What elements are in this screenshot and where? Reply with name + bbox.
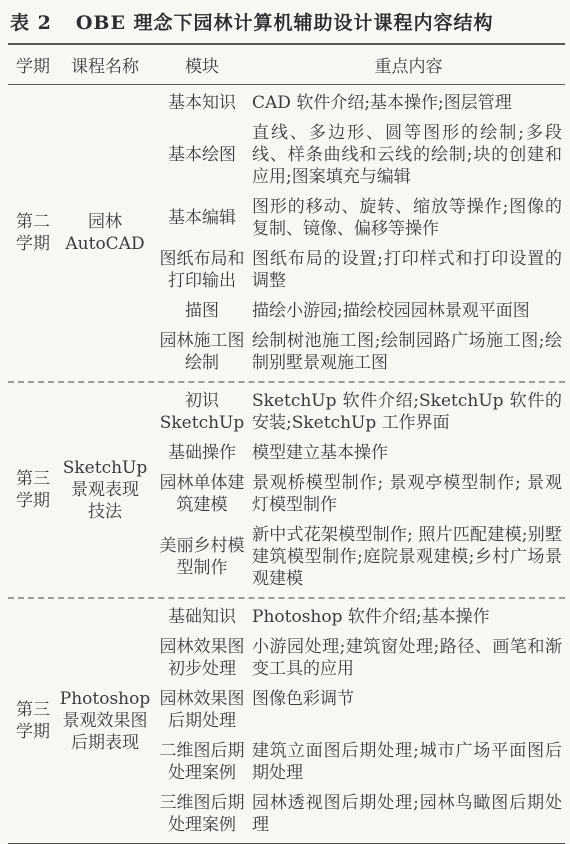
header-key-content: 重点内容 [252, 52, 565, 77]
table-row: 园林效果图初步处理 小游园处理;建筑窗处理;路径、画笔和渐变工具的应用 [152, 632, 565, 684]
content-cell: 图纸布局的设置;打印样式和打印设置的调整 [252, 248, 565, 292]
content-cell: 图形的移动、旋转、缩放等操作;图像的复制、镜像、偏移等操作 [252, 196, 565, 240]
module-cell: 基础操作 [152, 442, 252, 464]
content-cell: 园林透视图后期处理;园林鸟瞰图后期处理 [252, 792, 565, 836]
module-cell: 园林效果图后期处理 [152, 688, 252, 732]
content-cell: CAD 软件介绍;基本操作;图层管理 [252, 92, 565, 114]
content-cell: 直线、多边形、圆等图形的绘制;多段线、样条曲线和云线的绘制;块的创建和应用;图案… [252, 122, 565, 188]
course-name-cell: Photoshop 景观效果图后期表现 [58, 602, 152, 840]
module-cell: 三维图后期处理案例 [152, 792, 252, 836]
module-cell: 园林效果图初步处理 [152, 636, 252, 680]
section-photoshop: 第三学期 Photoshop 景观效果图后期表现 基础知识 Photoshop … [8, 597, 565, 843]
table-row: 图纸布局和打印输出 图纸布局的设置;打印样式和打印设置的调整 [152, 244, 565, 296]
header-module: 模块 [152, 52, 252, 77]
table-title: OBE 理念下园林计算机辅助设计课程内容结构 [76, 8, 494, 35]
module-cell: 美丽乡村模型制作 [152, 524, 252, 590]
module-cell: 初识 SketchUp [152, 390, 252, 434]
table-row: 三维图后期处理案例 园林透视图后期处理;园林鸟瞰图后期处理 [152, 788, 565, 840]
semester-cell: 第三学期 [8, 386, 58, 594]
table-row: 基础操作 模型建立基本操作 [152, 438, 565, 468]
table-row: 基本知识 CAD 软件介绍;基本操作;图层管理 [152, 88, 565, 118]
section-autocad: 第二学期 园林 AutoCAD 基本知识 CAD 软件介绍;基本操作;图层管理 … [8, 85, 565, 381]
module-cell: 基本绘图 [152, 122, 252, 188]
content-cell: 小游园处理;建筑窗处理;路径、画笔和渐变工具的应用 [252, 636, 565, 680]
module-cell: 基础知识 [152, 606, 252, 628]
header-course-name: 课程名称 [58, 52, 152, 77]
module-cell: 基本编辑 [152, 196, 252, 240]
section-rows: 基础知识 Photoshop 软件介绍;基本操作 园林效果图初步处理 小游园处理… [152, 602, 565, 840]
course-structure-table: 学期 课程名称 模块 重点内容 第二学期 园林 AutoCAD 基本知识 CAD… [8, 43, 565, 844]
table-row: 二维图后期处理案例 建筑立面图后期处理;城市广场平面图后期处理 [152, 736, 565, 788]
content-cell: 模型建立基本操作 [252, 442, 565, 464]
content-cell: 建筑立面图后期处理;城市广场平面图后期处理 [252, 740, 565, 784]
content-cell: 描绘小游园;描绘校园园林景观平面图 [252, 300, 565, 322]
section-rows: 初识 SketchUp SketchUp 软件介绍;SketchUp 软件的安装… [152, 386, 565, 594]
table-row: 基本编辑 图形的移动、旋转、缩放等操作;图像的复制、镜像、偏移等操作 [152, 192, 565, 244]
table-row: 基本绘图 直线、多边形、圆等图形的绘制;多段线、样条曲线和云线的绘制;块的创建和… [152, 118, 565, 192]
table-number: 表 2 [10, 8, 52, 35]
table-row: 园林效果图后期处理 图像色彩调节 [152, 684, 565, 736]
table-row: 园林单体建筑建模 景观桥模型制作; 景观亭模型制作; 景观灯模型制作 [152, 468, 565, 520]
table-caption: 表 2 OBE 理念下园林计算机辅助设计课程内容结构 [8, 5, 565, 43]
module-cell: 园林单体建筑建模 [152, 472, 252, 516]
course-name-cell: SketchUp 景观表现技法 [58, 386, 152, 594]
module-cell: 描图 [152, 300, 252, 322]
content-cell: 图像色彩调节 [252, 688, 565, 732]
module-cell: 园林施工图绘制 [152, 330, 252, 374]
content-cell: SketchUp 软件介绍;SketchUp 软件的安装;SketchUp 工作… [252, 390, 565, 434]
module-cell: 二维图后期处理案例 [152, 740, 252, 784]
module-cell: 图纸布局和打印输出 [152, 248, 252, 292]
table-row: 美丽乡村模型制作 新中式花架模型制作; 照片匹配建模;别墅建筑模型制作;庭院景观… [152, 520, 565, 594]
section-sketchup: 第三学期 SketchUp 景观表现技法 初识 SketchUp SketchU… [8, 381, 565, 597]
table-row: 基础知识 Photoshop 软件介绍;基本操作 [152, 602, 565, 632]
course-name-cell: 园林 AutoCAD [58, 88, 152, 378]
semester-cell: 第二学期 [8, 88, 58, 378]
module-cell: 基本知识 [152, 92, 252, 114]
header-semester: 学期 [8, 52, 58, 77]
table-header-row: 学期 课程名称 模块 重点内容 [8, 45, 565, 85]
table-row: 描图 描绘小游园;描绘校园园林景观平面图 [152, 296, 565, 326]
table-row: 园林施工图绘制 绘制树池施工图;绘制园路广场施工图;绘制别墅景观施工图 [152, 326, 565, 378]
semester-cell: 第三学期 [8, 602, 58, 840]
content-cell: 景观桥模型制作; 景观亭模型制作; 景观灯模型制作 [252, 472, 565, 516]
scanned-paper-page: 表 2 OBE 理念下园林计算机辅助设计课程内容结构 学期 课程名称 模块 重点… [0, 0, 570, 844]
content-cell: 绘制树池施工图;绘制园路广场施工图;绘制别墅景观施工图 [252, 330, 565, 374]
content-cell: Photoshop 软件介绍;基本操作 [252, 606, 565, 628]
content-cell: 新中式花架模型制作; 照片匹配建模;别墅建筑模型制作;庭院景观建模;乡村广场景观… [252, 524, 565, 590]
section-rows: 基本知识 CAD 软件介绍;基本操作;图层管理 基本绘图 直线、多边形、圆等图形… [152, 88, 565, 378]
table-row: 初识 SketchUp SketchUp 软件介绍;SketchUp 软件的安装… [152, 386, 565, 438]
